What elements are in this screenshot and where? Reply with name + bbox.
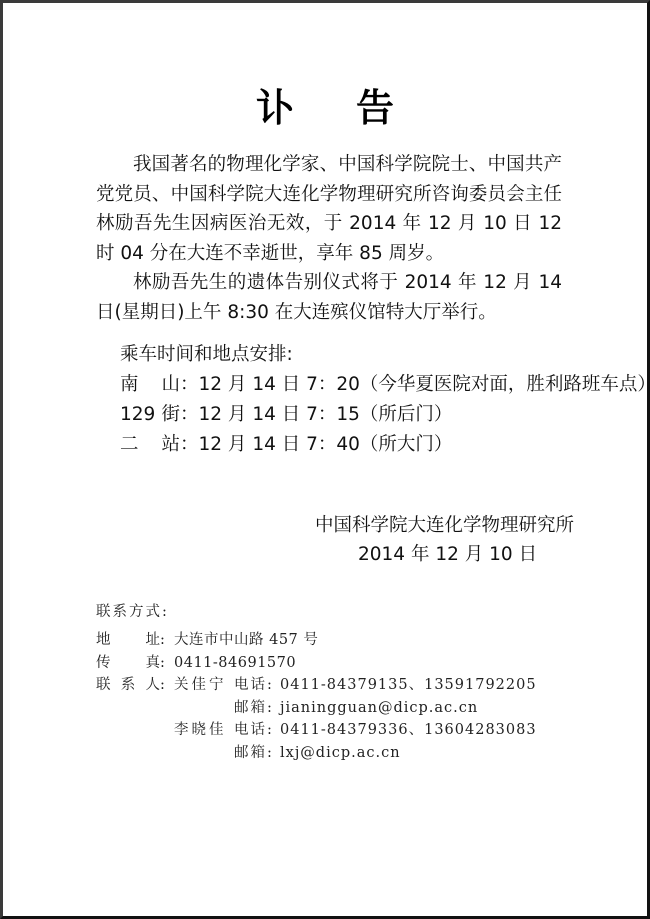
contact-heading: 联系方式: xyxy=(96,601,169,624)
schedule-time: 12 月 14 日 7：15（所后门） xyxy=(199,404,453,425)
signature-organization: 中国科学院大连化学物理研究所 xyxy=(315,511,574,540)
phone-value: 0411-84379135、13591792205 xyxy=(280,674,537,697)
paragraph-text: 我国著名的物理化学家、中国科学院院士、中国共产党党员、中国科学院大连化学物理研究… xyxy=(96,150,562,268)
schedule-colon: ： xyxy=(180,434,199,455)
paragraph-text: 林励吾先生的遗体告别仪式将于 2014 年 12 月 14 日(星期日)上午 8… xyxy=(96,268,562,327)
schedule-location: 南山 xyxy=(120,370,180,400)
schedule-colon: ： xyxy=(180,374,199,395)
email-label: 邮箱: xyxy=(234,697,274,720)
schedule-location: 二站 xyxy=(120,430,180,460)
contact-name: 关佳宁 xyxy=(174,674,227,697)
document-title: 讣告 xyxy=(3,83,647,133)
phone-label: 电话: xyxy=(234,674,274,697)
schedule-row: 南山：12 月 14 日 7：20（今华夏医院对面，胜利路班车点） xyxy=(120,370,650,400)
contact-person-1-phone-row: 联系人 : 关佳宁 电话: 0411-84379135、13591792205 xyxy=(96,674,169,697)
bus-schedule: 乘车时间和地点安排: 南山：12 月 14 日 7：20（今华夏医院对面，胜利路… xyxy=(120,340,650,460)
schedule-time: 12 月 14 日 7：40（所大门） xyxy=(199,434,453,455)
contact-info: 联系方式: 地址 : 大连市中山路 457 号 传真 : 0411-846915… xyxy=(96,601,169,764)
contact-address-row: 地址 : 大连市中山路 457 号 xyxy=(96,629,169,652)
schedule-location: 129 街 xyxy=(120,400,180,430)
obituary-paragraph-1: 我国著名的物理化学家、中国科学院院士、中国共产党党员、中国科学院大连化学物理研究… xyxy=(96,150,562,268)
email-label: 邮箱: xyxy=(234,742,274,765)
contact-fax-row: 传真 : 0411-84691570 xyxy=(96,652,169,675)
fax-label: 传真 xyxy=(96,652,160,675)
schedule-heading: 乘车时间和地点安排: xyxy=(120,340,650,370)
schedule-row: 129 街：12 月 14 日 7：15（所后门） xyxy=(120,400,650,430)
schedule-time: 12 月 14 日 7：20（今华夏医院对面，胜利路班车点） xyxy=(199,374,650,395)
persons-label: 联系人 xyxy=(96,674,160,697)
contact-person-2-phone-row: 李晓佳 电话: 0411-84379336、13604283083 xyxy=(96,719,169,742)
contact-name: 李晓佳 xyxy=(174,719,227,742)
label-colon: : xyxy=(160,629,165,652)
address-label: 地址 xyxy=(96,629,160,652)
contact-person-1-email-row: 邮箱: jianingguan@dicp.ac.cn xyxy=(96,697,169,720)
obituary-page: 讣告 我国著名的物理化学家、中国科学院院士、中国共产党党员、中国科学院大连化学物… xyxy=(0,0,650,919)
phone-label: 电话: xyxy=(234,719,274,742)
label-colon: : xyxy=(160,652,165,675)
phone-value: 0411-84379336、13604283083 xyxy=(280,719,537,742)
label-colon: : xyxy=(160,674,165,697)
address-value: 大连市中山路 457 号 xyxy=(174,629,318,652)
contact-person-2-email-row: 邮箱: lxj@dicp.ac.cn xyxy=(96,742,169,765)
email-value: jianingguan@dicp.ac.cn xyxy=(280,697,478,720)
signature-date: 2014 年 12 月 10 日 xyxy=(358,540,537,569)
schedule-colon: ： xyxy=(180,404,199,425)
email-value: lxj@dicp.ac.cn xyxy=(280,742,401,765)
obituary-paragraph-2: 林励吾先生的遗体告别仪式将于 2014 年 12 月 14 日(星期日)上午 8… xyxy=(96,268,562,327)
schedule-row: 二站：12 月 14 日 7：40（所大门） xyxy=(120,430,650,460)
fax-value: 0411-84691570 xyxy=(174,652,296,675)
